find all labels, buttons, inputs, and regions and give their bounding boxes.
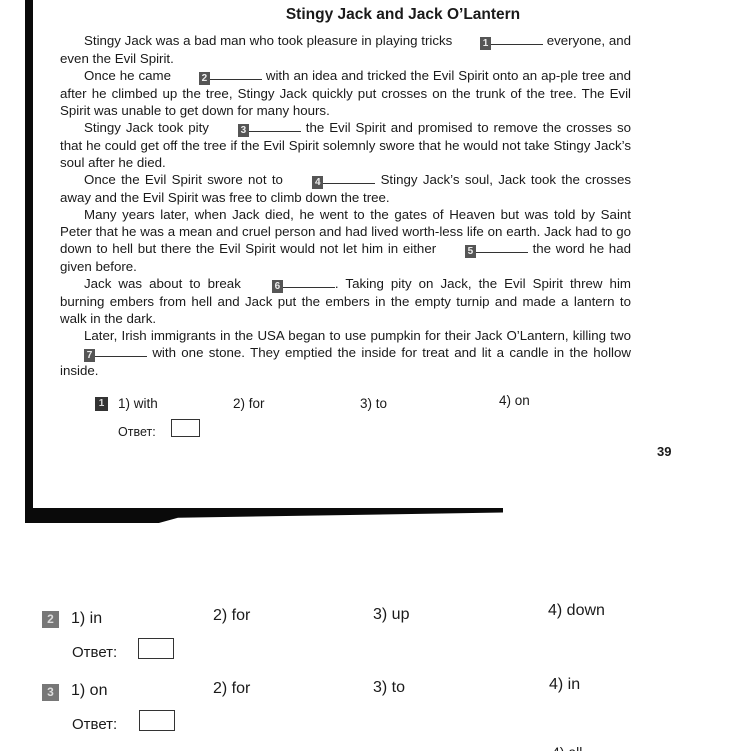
gap-blank-4[interactable]: 4 <box>288 171 375 189</box>
gap-number-badge: 2 <box>199 72 210 85</box>
task-number-badge: 3 <box>42 684 59 701</box>
paragraph-text: Stingy Jack took pity <box>84 120 214 135</box>
gap-underline <box>476 240 528 253</box>
paragraph-text: Once he came <box>84 68 175 83</box>
option-2[interactable]: 2) for <box>213 680 250 698</box>
story-paragraph: Stingy Jack took pity 3 the Evil Spirit … <box>60 119 631 171</box>
task-number-badge: 1 <box>95 397 108 411</box>
story-paragraph: Once the Evil Spirit swore not to 4 Stin… <box>60 171 631 206</box>
option-4[interactable]: 4) down <box>548 602 605 620</box>
answer-label: Ответ: <box>72 716 117 733</box>
gap-blank-3[interactable]: 3 <box>214 119 301 137</box>
gap-number-badge: 4 <box>312 176 323 189</box>
gap-underline <box>249 119 301 132</box>
answer-label: Ответ: <box>118 425 156 439</box>
option-1[interactable]: 1) in <box>71 610 102 628</box>
paragraph-text: Stingy Jack was a bad man who took pleas… <box>84 33 456 48</box>
gap-underline <box>283 275 335 288</box>
story-paragraph: Stingy Jack was a bad man who took pleas… <box>60 32 631 67</box>
gap-blank-1[interactable]: 1 <box>456 32 543 50</box>
story-paragraph: Many years later, when Jack died, he wen… <box>60 206 631 275</box>
gap-blank-2[interactable]: 2 <box>175 67 262 85</box>
option-3[interactable]: 3) up <box>373 606 409 624</box>
gap-blank-7[interactable]: 7 <box>60 344 147 362</box>
page-border-bottom <box>25 508 503 523</box>
option-1[interactable]: 1) on <box>71 682 107 700</box>
paragraph-text: Later, Irish immigrants in the USA began… <box>84 328 631 343</box>
story-paragraph: Jack was about to break 6. Taking pity o… <box>60 275 631 327</box>
gap-underline <box>95 344 147 357</box>
page-border-left <box>25 0 33 523</box>
gap-blank-5[interactable]: 5 <box>441 240 528 258</box>
page-number: 39 <box>657 444 671 459</box>
option-2[interactable]: 2) for <box>233 396 265 411</box>
answer-label: Ответ: <box>72 644 117 661</box>
story-text: Stingy Jack was a bad man who took pleas… <box>60 32 631 379</box>
task-number-badge: 2 <box>42 611 59 628</box>
story-paragraph: Once he came 2 with an idea and tricked … <box>60 67 631 119</box>
gap-number-badge: 6 <box>272 280 283 293</box>
option-2[interactable]: 2) for <box>213 607 250 625</box>
gap-underline <box>323 171 375 184</box>
option-4[interactable]: 4) in <box>549 676 580 694</box>
gap-number-badge: 3 <box>238 124 249 137</box>
answer-input[interactable] <box>171 419 200 437</box>
paragraph-text: Once the Evil Spirit swore not to <box>84 172 288 187</box>
option-3[interactable]: 3) to <box>360 396 387 411</box>
story-paragraph: Later, Irish immigrants in the USA began… <box>60 327 631 379</box>
option-4[interactable]: 4) on <box>499 393 530 408</box>
page-title: Stingy Jack and Jack O’Lantern <box>63 6 743 24</box>
answer-input[interactable] <box>139 710 175 731</box>
option-1[interactable]: 1) with <box>118 396 158 411</box>
gap-number-badge: 1 <box>480 37 491 50</box>
gap-number-badge: 5 <box>465 245 476 258</box>
gap-blank-6[interactable]: 6 <box>248 275 335 293</box>
option-3[interactable]: 3) to <box>373 679 405 697</box>
answer-input[interactable] <box>138 638 174 659</box>
paragraph-text: Jack was about to break <box>84 276 248 291</box>
gap-underline <box>210 67 262 80</box>
gap-underline <box>491 32 543 45</box>
partial-next-option: 4) all <box>552 744 582 751</box>
gap-number-badge: 7 <box>84 349 95 362</box>
